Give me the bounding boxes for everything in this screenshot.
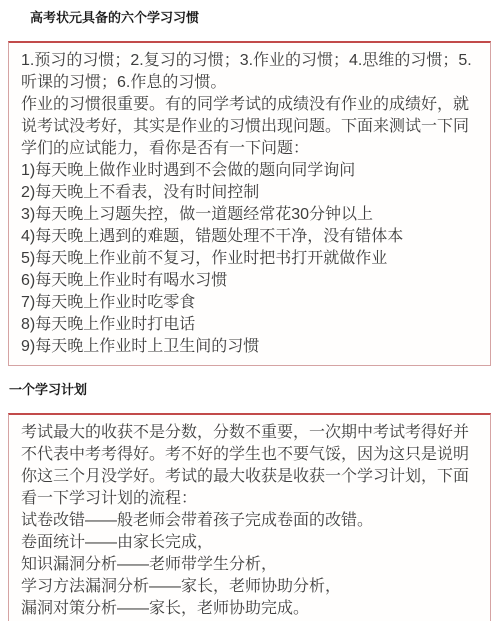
habits-paragraph-text: 作业的习惯很重要。有的同学考试的成绩没有作业的成绩好，就说考试没考好，其实是作业… [21, 94, 478, 160]
habit-item-8: 8)每天晚上作业时打电话 [21, 314, 478, 336]
plan-step-1: 试卷改错——般老师会带着孩子完成卷面的改错。 [21, 510, 478, 532]
habit-item-7: 7)每天晚上作业时吃零食 [21, 292, 478, 314]
habit-item-3: 3)每天晚上习题失控，做一道题经常花30分钟以上 [21, 204, 478, 226]
habit-item-4: 4)每天晚上遇到的难题，错题处理不干净，没有错体本 [21, 226, 478, 248]
plan-step-5: 漏洞对策分析——家长，老师协助完成。 [21, 598, 478, 620]
habit-item-6: 6)每天晚上作业时有喝水习惯 [21, 270, 478, 292]
article-page: 高考状元具备的六个学习习惯 1.预习的习惯；2.复习的习惯；3.作业的习惯；4.… [0, 0, 500, 621]
page-title: 高考状元具备的六个学习习惯 [0, 0, 500, 26]
section-heading-study-plan: 一个学习计划 [0, 366, 500, 398]
habit-item-9: 9)每天晚上作业时上卫生间的习惯 [21, 336, 478, 358]
habit-item-1: 1)每天晚上做作业时遇到不会做的题向同学询问 [21, 160, 478, 182]
habits-box: 1.预习的习惯；2.复习的习惯；3.作业的习惯；4.思维的习惯；5.听课的习惯；… [8, 41, 491, 366]
habit-item-5: 5)每天晚上作业前不复习，作业时把书打开就做作业 [21, 248, 478, 270]
habit-item-2: 2)每天晚上不看表，没有时间控制 [21, 182, 478, 204]
habits-intro-text: 1.预习的习惯；2.复习的习惯；3.作业的习惯；4.思维的习惯；5.听课的习惯；… [21, 50, 478, 94]
plan-step-2: 卷面统计——由家长完成， [21, 532, 478, 554]
study-plan-box: 考试最大的收获不是分数，分数不重要，一次期中考试考得好并不代表中考考得好。考不好… [8, 413, 491, 621]
plan-step-4: 学习方法漏洞分析——家长，老师协助分析， [21, 576, 478, 598]
plan-paragraph-text: 考试最大的收获不是分数，分数不重要，一次期中考试考得好并不代表中考考得好。考不好… [21, 422, 478, 510]
plan-step-3: 知识漏洞分析——老师带学生分析， [21, 554, 478, 576]
